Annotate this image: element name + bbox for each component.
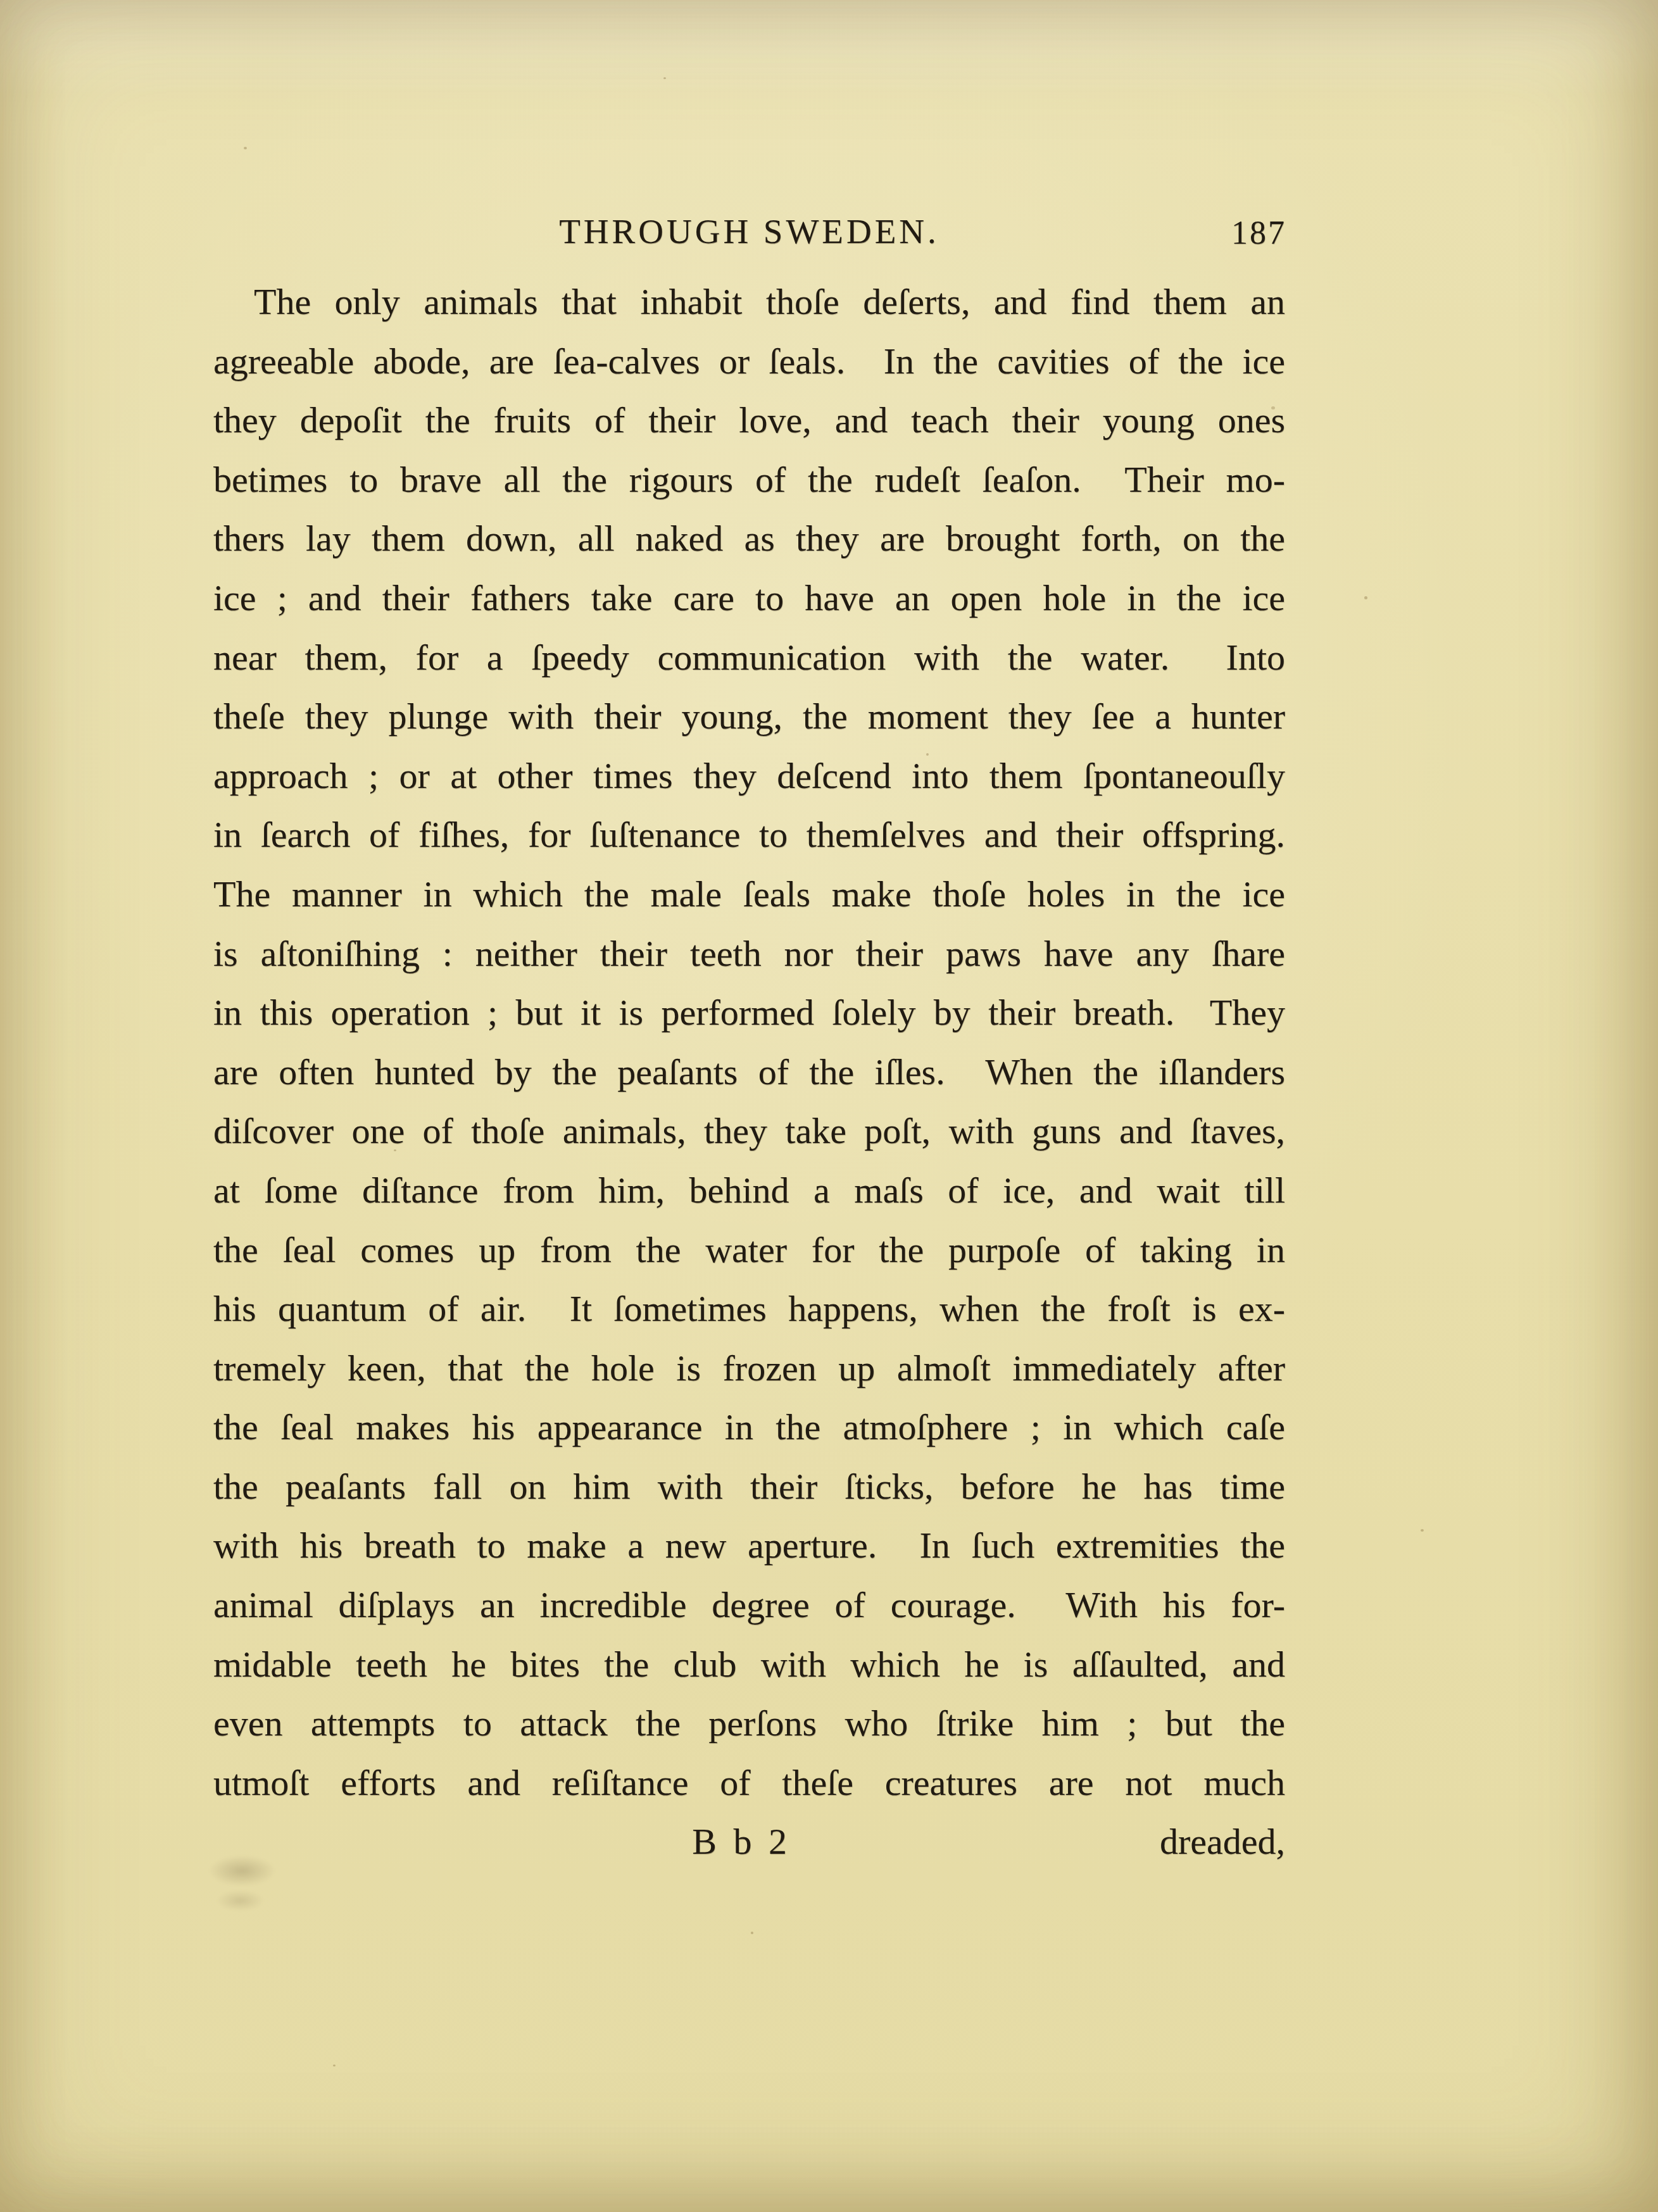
- text-line: is aſtoniſhing : neither their teeth nor…: [213, 924, 1285, 984]
- text-line: even attempts to attack the perſons who …: [213, 1694, 1285, 1753]
- text-line: animal diſplays an incredible degree of …: [213, 1575, 1285, 1635]
- text-line: in this operation ; but it is performed …: [213, 983, 1285, 1042]
- text-line: his quantum of air. It ſometimes happens…: [213, 1279, 1285, 1339]
- text-line: the ſeal makes his appearance in the atm…: [213, 1397, 1285, 1457]
- text-line: utmoſt efforts and reſiſtance of theſe c…: [213, 1753, 1285, 1813]
- text-line: at ſome diſtance from him, behind a maſs…: [213, 1161, 1285, 1220]
- paper-speck: [333, 2065, 336, 2066]
- book-page: THROUGH SWEDEN. 187 The only animals tha…: [0, 0, 1658, 2212]
- text-line: agreeable abode, are ſea-calves or ſeals…: [213, 332, 1285, 391]
- paper-speck: [751, 1932, 753, 1934]
- text-line: The manner in which the male ſeals make …: [213, 865, 1285, 924]
- running-head: THROUGH SWEDEN. 187: [213, 213, 1285, 251]
- catchword: dreaded,: [1160, 1812, 1285, 1871]
- text-block: The only animals that inhabit thoſe deſe…: [213, 272, 1285, 1871]
- text-line: thers lay them down, all naked as they a…: [213, 509, 1285, 568]
- text-line: with his breath to make a new aperture. …: [213, 1516, 1285, 1575]
- signature-mark: B b 2: [692, 1812, 791, 1871]
- text-line: theſe they plunge with their young, the …: [213, 687, 1285, 746]
- text-line: in ſearch of fiſhes, for ſuſtenance to t…: [213, 805, 1285, 865]
- paper-speck: [1364, 596, 1367, 599]
- paper-speck: [244, 147, 247, 149]
- text-line: they depoſit the fruits of their love, a…: [213, 391, 1285, 450]
- paper-speck: [1421, 1529, 1424, 1532]
- text-line: the peaſants fall on him with their ſtic…: [213, 1457, 1285, 1516]
- text-line: tremely keen, that the hole is frozen up…: [213, 1339, 1285, 1398]
- text-line: the ſeal comes up from the water for the…: [213, 1220, 1285, 1280]
- text-line: betimes to brave all the rigours of the …: [213, 450, 1285, 509]
- page-number: 187: [1231, 215, 1286, 253]
- ink-smudge: [210, 1887, 270, 1914]
- text-line: diſcover one of thoſe animals, they take…: [213, 1101, 1285, 1161]
- signature-row: B b 2 dreaded,: [213, 1812, 1285, 1871]
- text-line: approach ; or at other times they deſcen…: [213, 746, 1285, 806]
- text-line: ice ; and their fathers take care to hav…: [213, 568, 1285, 628]
- paper-speck: [663, 77, 666, 79]
- page-title: THROUGH SWEDEN.: [559, 212, 939, 251]
- text-line: near them, for a ſpeedy communication wi…: [213, 628, 1285, 687]
- text-line: The only animals that inhabit thoſe deſe…: [213, 272, 1285, 332]
- text-line: midable teeth he bites the club with whi…: [213, 1635, 1285, 1694]
- text-line: are often hunted by the peaſants of the …: [213, 1042, 1285, 1102]
